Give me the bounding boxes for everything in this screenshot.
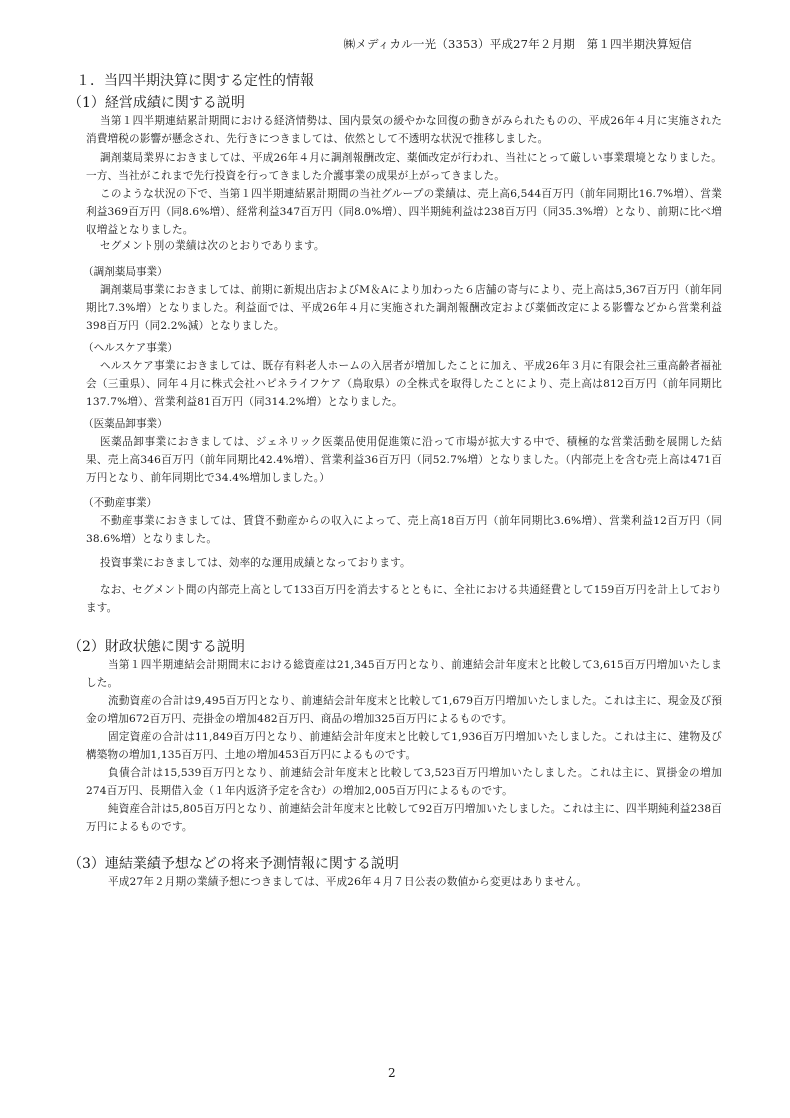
segment-text-healthcare: ヘルスケア事業におきましては、既存有料老人ホームの入居者が増加したことに加え、平… (86, 357, 722, 411)
paragraph-economy: 当第１四半期連結累計期間における経済情勢は、国内景気の緩やかな回復の動きがみられ… (86, 112, 722, 148)
paragraph-forecast: 平成27年２月期の業績予想につきましては、平成26年４月７日公表の数値から変更は… (86, 873, 722, 891)
subsection-title-forecast: （3）連結業績予想などの将来予測情報に関する説明 (68, 853, 399, 873)
paragraph-results: このような状況の下で、当第１四半期連結累計期間の当社グループの業績は、売上高6,… (86, 185, 722, 239)
paragraph-industry: 調剤薬局業界におきましては、平成26年４月に調剤報酬改定、薬価改定が行われ、当社… (86, 149, 722, 185)
paragraph-fixed-assets: 固定資産の合計は11,849百万円となり、前連結会計年度末と比較して1,936百… (86, 728, 722, 764)
section-title: １．当四半期決算に関する定性的情報 (76, 70, 314, 90)
segment-text-pharmacy: 調剤薬局事業におきましては、前期に新規出店およびM＆Aにより加わった６店舗の寄与… (86, 281, 722, 335)
paragraph-investment: 投資事業におきましては、効率的な運用成績となっております。 (86, 554, 722, 572)
segment-label-wholesale: （医薬品卸事業） (83, 416, 168, 431)
paragraph-total-assets: 当第１四半期連結会計期間末における総資産は21,345百万円となり、前連結会計年… (86, 656, 722, 692)
subsection-title-performance: （1）経営成績に関する説明 (68, 92, 245, 112)
page-number: 2 (388, 1066, 396, 1080)
paragraph-net-assets: 純資産合計は5,805百万円となり、前連結会計年度末と比較して92百万円増加いた… (86, 800, 722, 836)
segment-label-healthcare: （ヘルスケア事業） (83, 340, 178, 355)
document-header: ㈱メディカル一光（3353）平成27年２月期 第１四半期決算短信 (344, 36, 692, 52)
paragraph-liabilities: 負債合計は15,539百万円となり、前連結会計年度末と比較して3,523百万円増… (86, 764, 722, 800)
segment-text-wholesale: 医薬品卸事業におきましては、ジェネリック医薬品使用促進策に沿って市場が拡大する中… (86, 433, 722, 487)
segment-label-realestate: （不動産事業） (83, 495, 157, 510)
paragraph-elimination-note: なお、セグメント間の内部売上高として133百万円を消去するとともに、全社における… (86, 581, 722, 617)
segment-label-pharmacy: （調剤薬局事業） (83, 264, 168, 279)
paragraph-segments-intro: セグメント別の業績は次のとおりであります。 (86, 237, 722, 255)
segment-text-realestate: 不動産事業におきましては、賃貸不動産からの収入によって、売上高18百万円（前年同… (86, 512, 722, 548)
paragraph-current-assets: 流動資産の合計は9,495百万円となり、前連結会計年度末と比較して1,679百万… (86, 692, 722, 728)
subsection-title-financial: （2）財政状態に関する説明 (68, 636, 245, 656)
